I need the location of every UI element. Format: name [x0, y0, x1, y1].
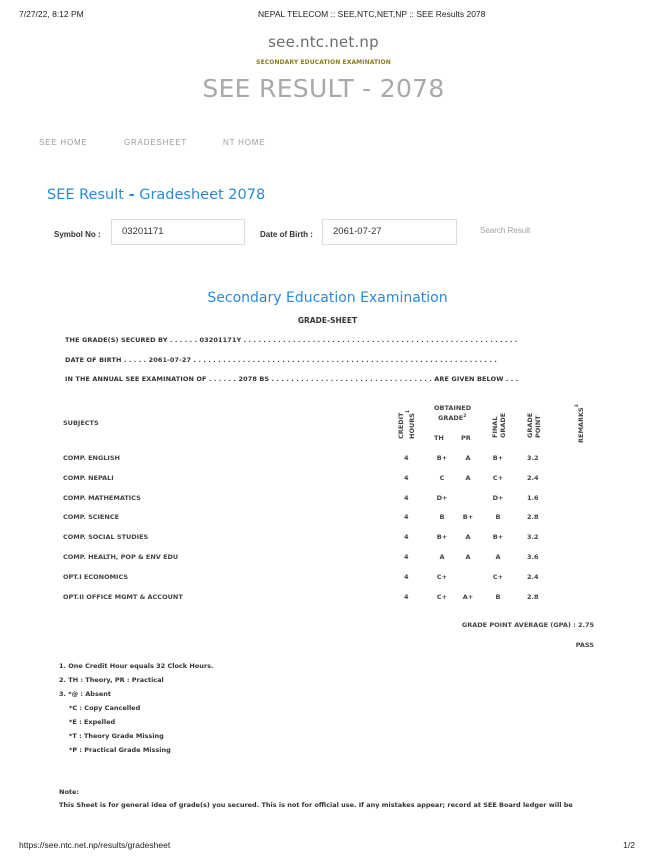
cell-subject: COMP. SCIENCE — [63, 513, 119, 521]
site-name: see.ntc.net.np — [0, 33, 647, 51]
page-heading: SEE Result - Gradesheet 2078 — [47, 187, 265, 203]
table-row: COMP. ENGLISH4B+AB+3.2 — [63, 454, 623, 466]
cell-pr-grade: A — [461, 474, 475, 482]
cell-credit-hours: 4 — [404, 553, 409, 561]
cell-grade-point: 1.6 — [527, 494, 539, 502]
dob-label: Date of Birth : — [260, 230, 313, 239]
grades-secured-line: THE GRADE(S) SECURED BY . . . . . . 0320… — [65, 336, 518, 344]
legend-item: *T : Theory Grade Missing — [69, 732, 164, 740]
print-timestamp: 7/27/22, 8:12 PM — [19, 9, 84, 19]
table-row: COMP. HEALTH, POP & ENV EDU4AAA3.6 — [63, 553, 623, 565]
result-status: PASS — [576, 641, 594, 649]
cell-subject: COMP. HEALTH, POP & ENV EDU — [63, 553, 178, 561]
table-row: COMP. SCIENCE4BB+B2.8 — [63, 513, 623, 525]
cell-th-grade: D+ — [435, 494, 449, 502]
cell-th-grade: C — [435, 474, 449, 482]
cell-subject: OPT.II OFFICE MGMT & ACCOUNT — [63, 593, 183, 601]
legend-item: *P : Practical Grade Missing — [69, 746, 171, 754]
print-page-number: 1/2 — [623, 840, 635, 850]
cell-subject: COMP. MATHEMATICS — [63, 494, 141, 502]
header-credit-l1: CREDIT — [397, 413, 405, 439]
legend-item: 1. One Credit Hour equals 32 Clock Hours… — [59, 662, 213, 670]
cell-pr-grade: B+ — [461, 513, 475, 521]
site-title: SEE RESULT - 2078 — [0, 74, 647, 103]
header-obtained-text: GRADE — [438, 414, 463, 422]
symbol-input[interactable]: 03201171 — [111, 219, 245, 245]
cell-th-grade: B — [435, 513, 449, 521]
header-final-l1: FINAL — [491, 417, 499, 438]
print-url: https://see.ntc.net.np/results/gradeshee… — [19, 840, 170, 850]
cell-th-grade: A — [435, 553, 449, 561]
header-subjects: SUBJECTS — [63, 419, 99, 427]
search-result-button[interactable]: Search Result — [480, 226, 530, 235]
cell-grade-point: 3.2 — [527, 533, 539, 541]
cell-final-grade: B — [491, 513, 505, 521]
header-remarks-text: REMARKS — [577, 407, 585, 443]
legend-item: 2. TH : Theory, PR : Practical — [59, 676, 164, 684]
print-page-title: NEPAL TELECOM :: SEE,NTC,NET,NP :: SEE R… — [258, 9, 485, 19]
dob-line: DATE OF BIRTH . . . . . 2061-07-27 . . .… — [65, 356, 497, 364]
note-heading: Note: — [59, 788, 79, 796]
header-credit-sup: 1 — [406, 410, 411, 413]
symbol-label: Symbol No : — [54, 230, 101, 239]
cell-credit-hours: 4 — [404, 533, 409, 541]
heading-text-2: Gradesheet 2078 — [135, 187, 266, 203]
exam-line: IN THE ANNUAL SEE EXAMINATION OF . . . .… — [65, 375, 518, 383]
gradesheet-title: Secondary Education Examination — [0, 290, 647, 306]
gpa-value: GRADE POINT AVERAGE (GPA) : 2.75 — [462, 621, 594, 629]
cell-credit-hours: 4 — [404, 593, 409, 601]
cell-credit-hours: 4 — [404, 573, 409, 581]
legend-item: 3. *@ : Absent — [59, 690, 111, 698]
header-pr: PR — [461, 434, 471, 442]
cell-credit-hours: 4 — [404, 494, 409, 502]
header-remarks: REMARKS3 — [574, 403, 585, 443]
cell-pr-grade: A — [461, 553, 475, 561]
cell-credit-hours: 4 — [404, 474, 409, 482]
nav-gradesheet[interactable]: GRADESHEET — [124, 138, 187, 147]
header-obtained-sup: 2 — [463, 414, 466, 419]
cell-subject: OPT.I ECONOMICS — [63, 573, 128, 581]
cell-th-grade: B+ — [435, 533, 449, 541]
header-grade-point: GRADEPOINT — [526, 410, 542, 438]
cell-grade-point: 2.8 — [527, 513, 539, 521]
cell-grade-point: 2.4 — [527, 573, 539, 581]
cell-final-grade: B+ — [491, 454, 505, 462]
cell-subject: COMP. SOCIAL STUDIES — [63, 533, 148, 541]
nav-nt-home[interactable]: NT HOME — [223, 138, 265, 147]
table-row: COMP. SOCIAL STUDIES4B+AB+3.2 — [63, 533, 623, 545]
cell-final-grade: B+ — [491, 533, 505, 541]
legend-item: *C : Copy Cancelled — [69, 704, 140, 712]
table-row: OPT.I ECONOMICS4C+C+2.4 — [63, 573, 623, 585]
site-subtitle: SECONDARY EDUCATION EXAMINATION — [0, 59, 647, 66]
cell-final-grade: C+ — [491, 474, 505, 482]
heading-text-1: SEE Result — [47, 187, 129, 203]
header-gp-l2: POINT — [534, 415, 542, 438]
cell-pr-grade: A — [461, 454, 475, 462]
note-text: This Sheet is for general idea of grade(… — [59, 801, 573, 809]
cell-grade-point: 3.6 — [527, 553, 539, 561]
header-remarks-sup: 3 — [575, 404, 580, 407]
header-obtained-l1: OBTAINED — [434, 404, 471, 412]
cell-th-grade: C+ — [435, 593, 449, 601]
cell-grade-point: 2.8 — [527, 593, 539, 601]
cell-pr-grade: A+ — [461, 593, 475, 601]
header-th: TH — [434, 434, 444, 442]
legend-item: *E : Expelled — [69, 718, 115, 726]
nav-see-home[interactable]: SEE HOME — [39, 138, 88, 147]
cell-subject: COMP. NEPALI — [63, 474, 114, 482]
header-credit-hours: CREDITHOURS1 — [397, 405, 416, 439]
cell-pr-grade: A — [461, 533, 475, 541]
header-credit-l2: HOURS — [408, 413, 416, 439]
cell-th-grade: B+ — [435, 454, 449, 462]
dob-input[interactable]: 2061-07-27 — [322, 219, 457, 245]
cell-subject: COMP. ENGLISH — [63, 454, 120, 462]
cell-credit-hours: 4 — [404, 513, 409, 521]
gradesheet-subtitle: GRADE-SHEET — [0, 316, 647, 325]
cell-th-grade: C+ — [435, 573, 449, 581]
cell-final-grade: A — [491, 553, 505, 561]
header-gp-l1: GRADE — [526, 413, 534, 438]
cell-credit-hours: 4 — [404, 454, 409, 462]
cell-final-grade: C+ — [491, 573, 505, 581]
table-row: COMP. MATHEMATICS4D+D+1.6 — [63, 494, 623, 506]
header-obtained-l2: GRADE2 — [438, 414, 466, 422]
table-row: COMP. NEPALI4CAC+2.4 — [63, 474, 623, 486]
cell-final-grade: B — [491, 593, 505, 601]
header-final-grade: FINALGRADE — [491, 410, 507, 438]
cell-grade-point: 3.2 — [527, 454, 539, 462]
cell-final-grade: D+ — [491, 494, 505, 502]
cell-grade-point: 2.4 — [527, 474, 539, 482]
table-row: OPT.II OFFICE MGMT & ACCOUNT4C+A+B2.8 — [63, 593, 623, 605]
header-final-l2: GRADE — [499, 413, 507, 438]
